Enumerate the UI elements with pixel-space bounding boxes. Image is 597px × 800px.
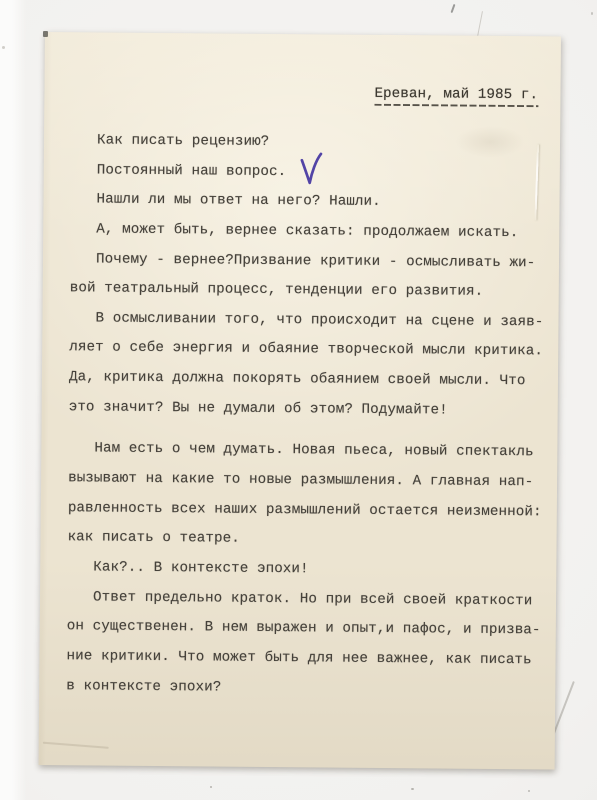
typed-line: Как?.. В контексте эпохи! xyxy=(67,553,549,587)
dust-speck xyxy=(411,788,414,790)
dust-speck xyxy=(528,790,530,792)
typed-line: Постоянный наш вопрос. xyxy=(71,156,553,190)
typed-line: как писать о театре. xyxy=(67,524,549,558)
dust-speck xyxy=(591,12,593,15)
typed-line: В осмысливании того, что происходит на с… xyxy=(69,304,551,338)
typed-line: вызывают на какие то новые размышления. … xyxy=(68,464,550,498)
paper-sheet: Ереван, май 1985 г. Как писать рецензию?… xyxy=(39,32,561,769)
typed-line: Ответ предельно краток. Но при всей свое… xyxy=(67,583,549,617)
typed-line: Нашли ли мы ответ на него? Нашли. xyxy=(70,186,552,220)
typed-line: ние критики. Что может быть для нее важн… xyxy=(66,642,548,676)
corner-mark xyxy=(43,31,48,37)
typed-line: вой театральный процесс, тенденции его р… xyxy=(70,274,552,308)
typed-line: Нам есть о чем думать. Новая пьеса, новы… xyxy=(68,435,550,469)
handwritten-checkmark-icon xyxy=(299,151,323,188)
typed-line: Да, критика должна покорять обаянием сво… xyxy=(69,363,551,397)
pencil-mark xyxy=(451,4,456,13)
dust-speck xyxy=(210,786,212,788)
typed-line: Почему - вернее?Призвание критики - осмы… xyxy=(70,245,552,279)
dust-speck xyxy=(2,46,5,49)
typed-line-text: Постоянный наш вопрос. xyxy=(97,162,287,180)
dateline: Ереван, май 1985 г. xyxy=(374,86,538,107)
typed-line: в контексте эпохи? xyxy=(66,672,548,706)
checkmark-stroke xyxy=(302,153,321,182)
typed-line: равленность всех наших размышлений остае… xyxy=(68,494,550,528)
photo-backdrop: { "colors": { "backdrop": "#f2f1ef", "pa… xyxy=(0,0,597,800)
paper-crease xyxy=(43,742,109,749)
dust-fiber xyxy=(477,11,483,38)
typed-line: он существенен. В нем выражен и опыт,и п… xyxy=(67,612,549,646)
typed-line: А, может быть, вернее сказать: продолжае… xyxy=(70,215,552,249)
typed-line: это значит? Вы не думали об этом? Подума… xyxy=(69,393,551,427)
typed-text-block: Как писать рецензию? Постоянный наш вопр… xyxy=(66,126,553,705)
typed-line: ляет о себе энергия и обаяние творческой… xyxy=(69,334,551,368)
